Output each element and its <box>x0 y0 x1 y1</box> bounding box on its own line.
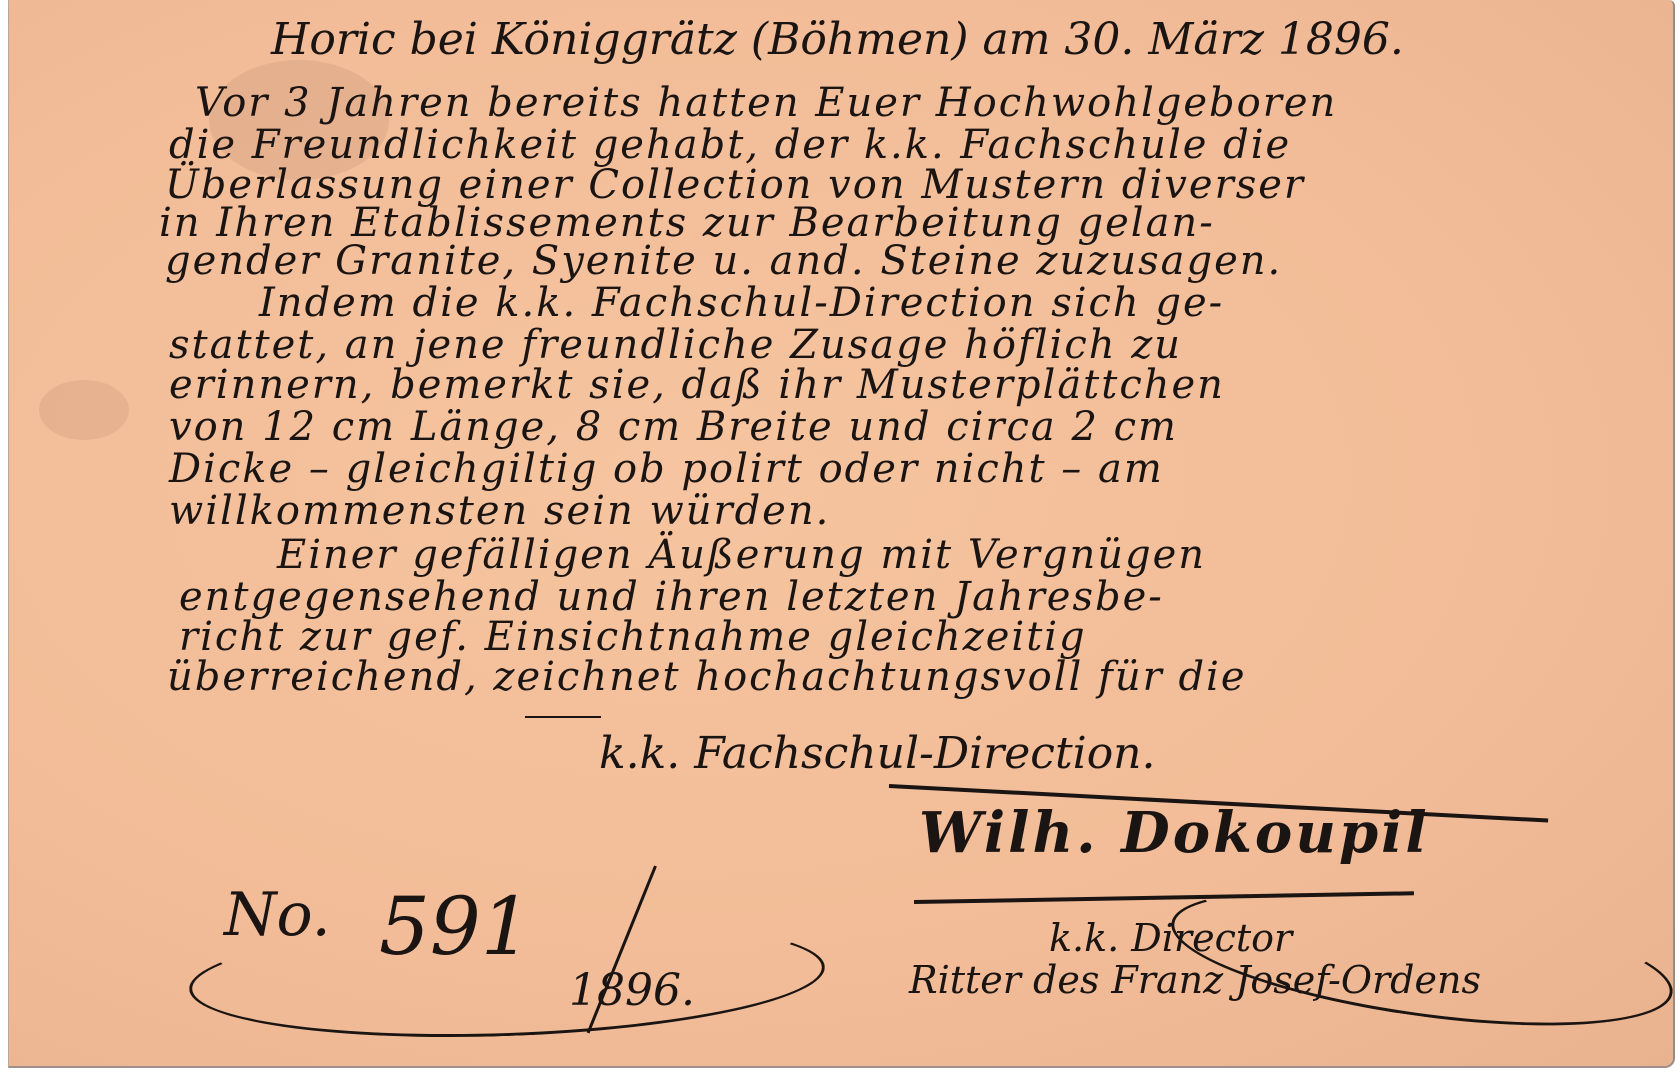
body-line: Vor 3 Jahren bereits hatten Euer Hochwoh… <box>195 80 1337 126</box>
body-line: überreichend, zeichnet hochachtungsvoll … <box>167 654 1247 700</box>
body-line: willkommensten sein würden. <box>169 488 830 534</box>
body-line: Indem die k.k. Fachschul-Direction sich … <box>259 280 1224 326</box>
signer-honorific: Ritter des Franz Josef-Ordens <box>909 958 1481 1002</box>
underline-mark <box>525 716 601 718</box>
reference-year: 1896. <box>569 965 695 1016</box>
paper-stain <box>39 380 129 440</box>
body-line: Dicke – gleichgiltig ob polirt oder nich… <box>169 446 1164 492</box>
body-line: von 12 cm Länge, 8 cm Breite und circa 2… <box>169 404 1178 450</box>
header-place-date: Horic bei Königgrätz (Böhmen) am 30. Mär… <box>271 14 1404 65</box>
reference-label: No. <box>224 880 331 950</box>
closing-sender: k.k. Fachschul-Direction. <box>599 728 1156 779</box>
body-line: Einer gefälligen Äußerung mit Vergnügen <box>277 532 1206 578</box>
signature: Wilh. Dokoupil <box>919 800 1430 866</box>
postcard: Horic bei Königgrätz (Böhmen) am 30. Mär… <box>8 0 1675 1068</box>
body-line: gender Granite, Syenite u. and. Steine z… <box>165 238 1282 284</box>
reference-number: 591 <box>379 880 532 973</box>
body-line: erinnern, bemerkt sie, daß ihr Musterplä… <box>169 362 1225 408</box>
